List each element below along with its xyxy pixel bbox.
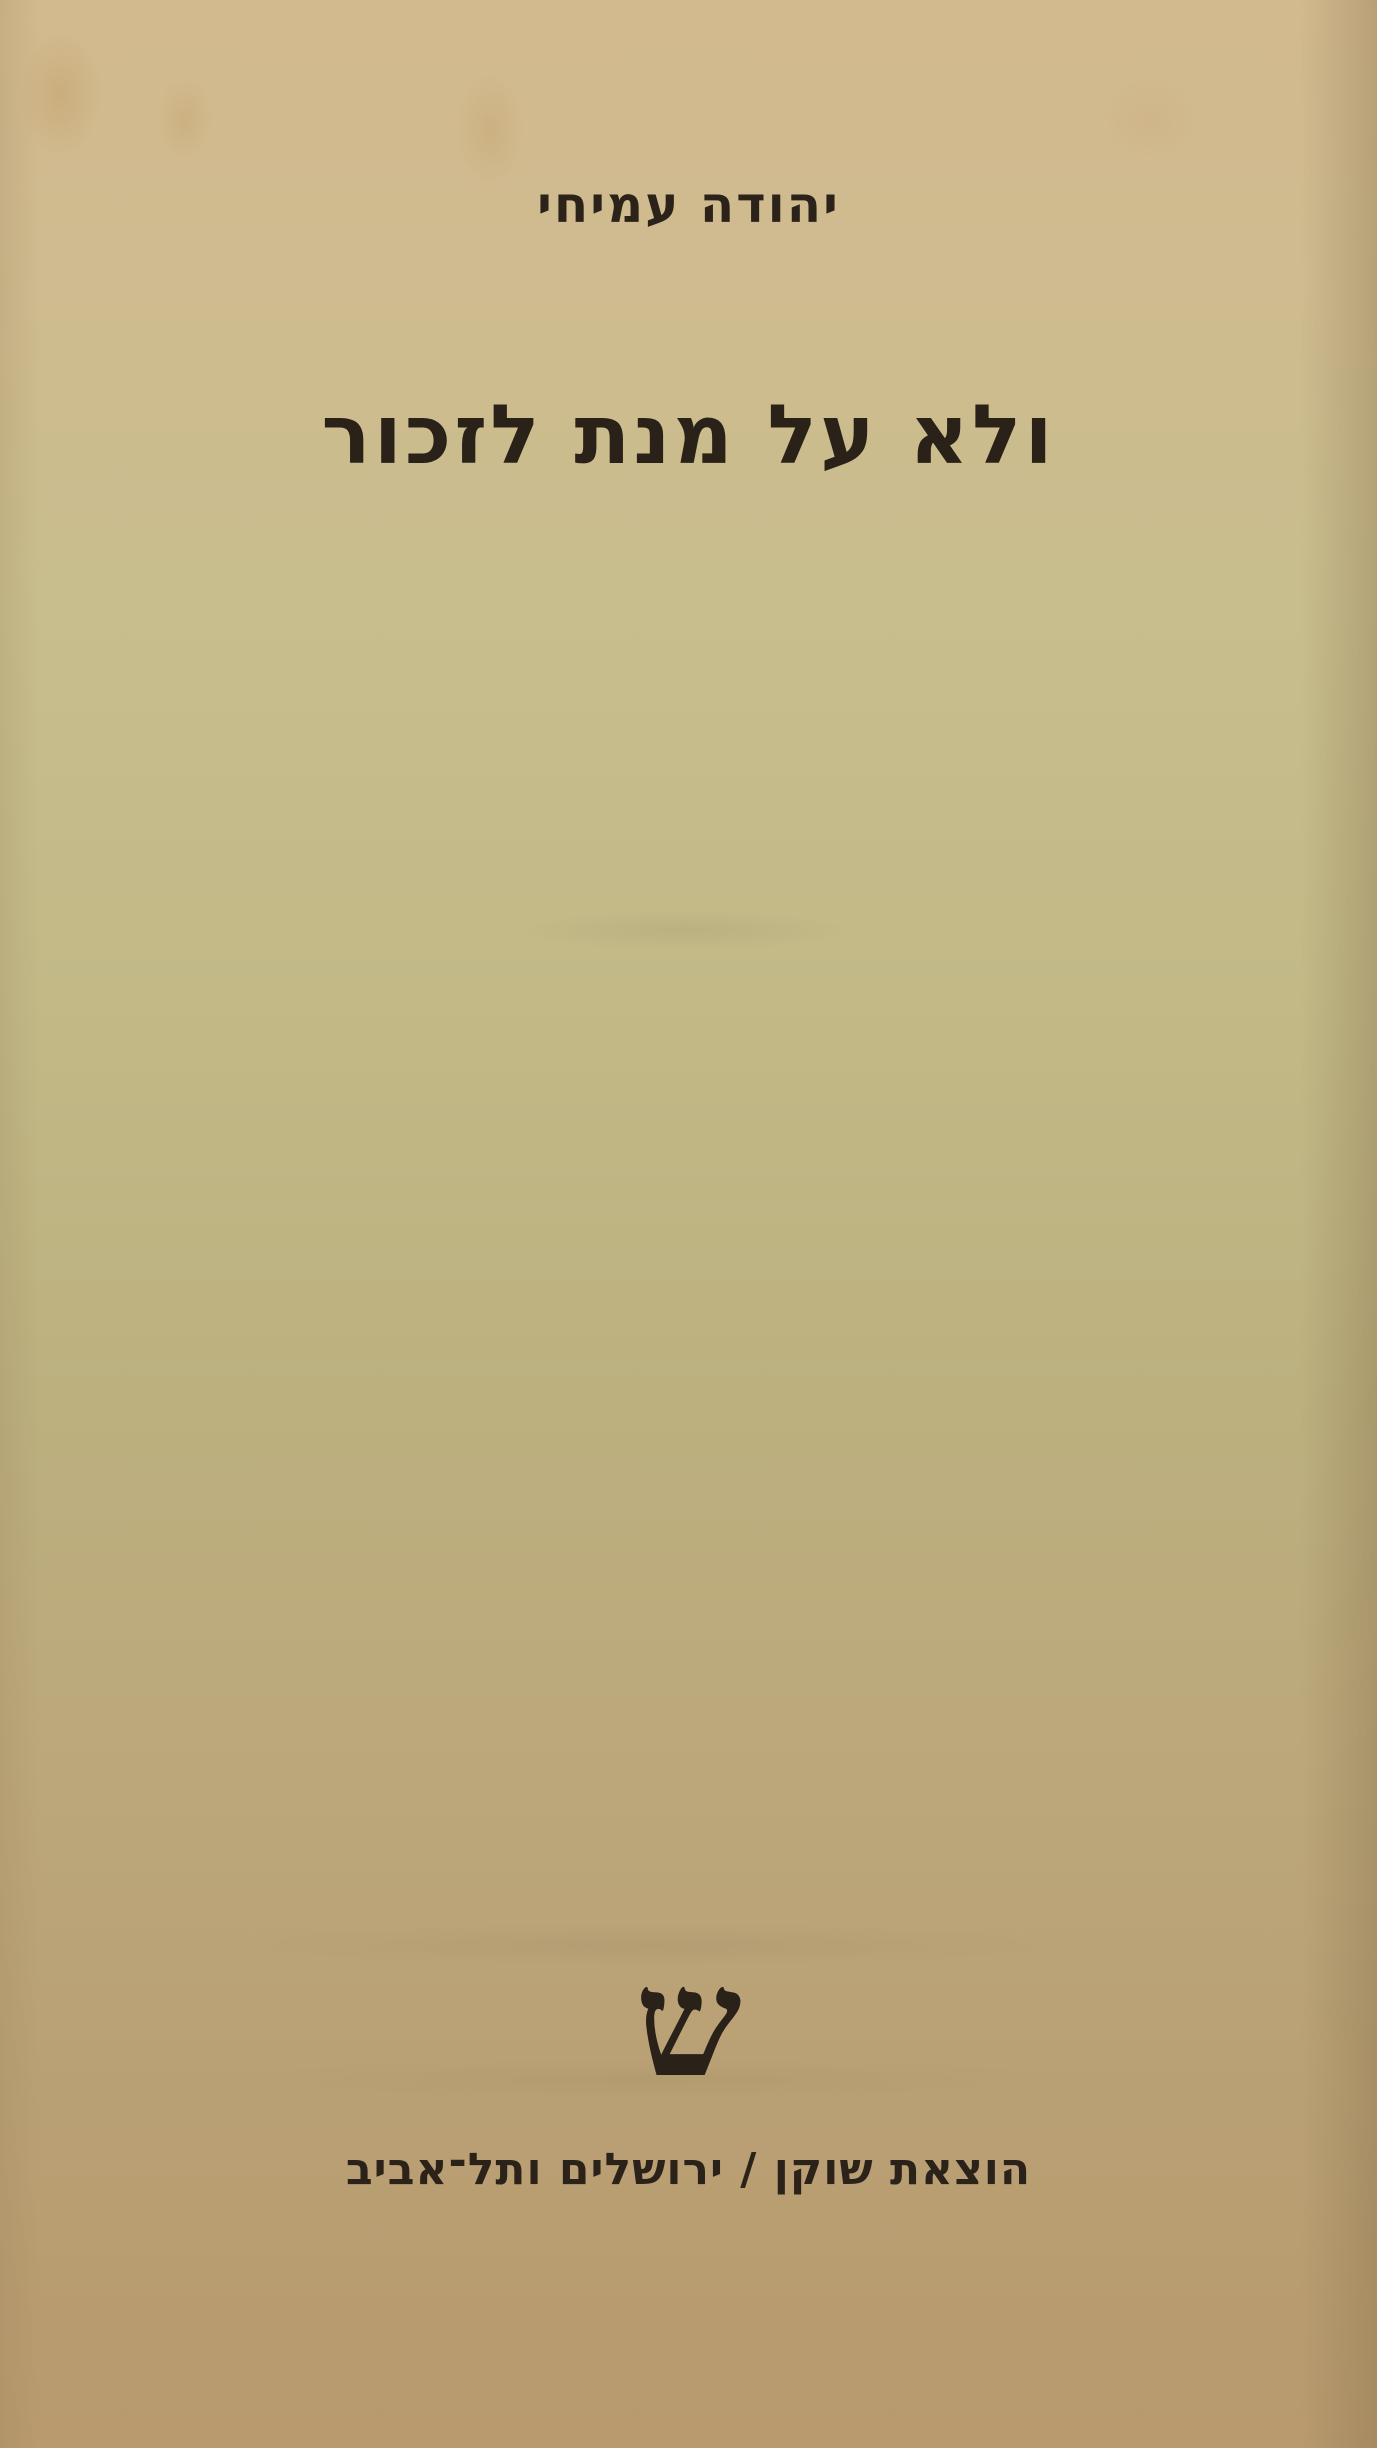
author-name: יהודה עמיחי bbox=[0, 180, 1377, 230]
show-through-text-smudge bbox=[520, 910, 850, 950]
publisher-logo-icon: ש bbox=[0, 1948, 1377, 2098]
publisher-imprint: הוצאת שוקן / ירושלים ותל־אביב bbox=[0, 2148, 1377, 2192]
book-title-page: יהודה עמיחי ולא על מנת לזכור ש הוצאת שוק… bbox=[0, 0, 1377, 2448]
book-title: ולא על מנת לזכור bbox=[0, 395, 1377, 477]
